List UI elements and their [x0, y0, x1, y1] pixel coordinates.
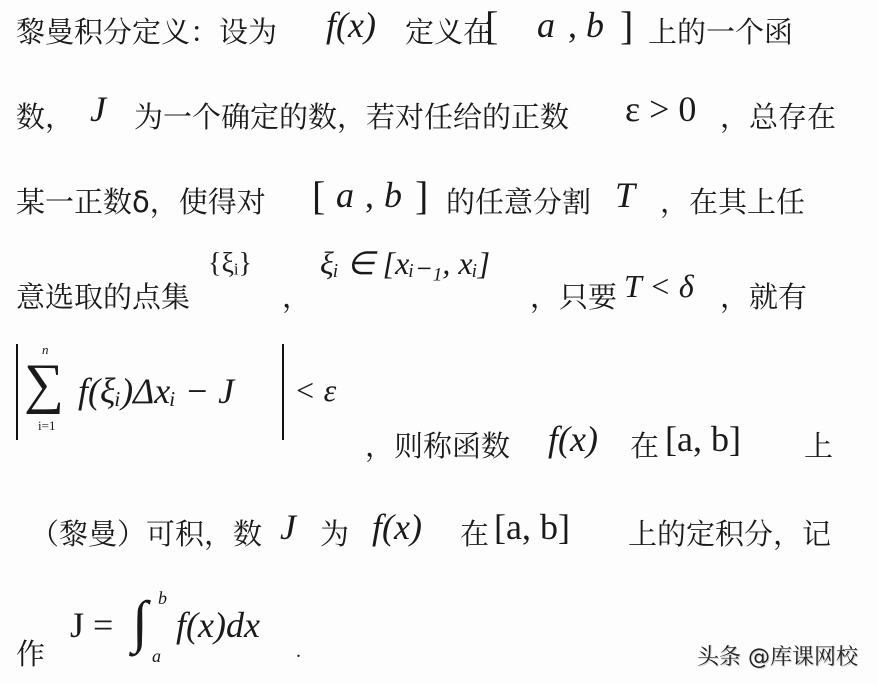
- comma: ,: [365, 174, 374, 216]
- text: 为一个确定的数，若对任给的正数: [134, 95, 569, 136]
- text: 上: [804, 424, 833, 465]
- bracket: ]: [620, 2, 633, 49]
- text: 在: [630, 424, 659, 465]
- text: 为: [320, 512, 349, 553]
- math-b: b: [384, 174, 402, 216]
- math-cond: T < δ: [624, 268, 694, 305]
- text: 的任意分割: [446, 180, 591, 221]
- bracket: [: [485, 2, 498, 49]
- text: ，则称函数: [365, 424, 510, 465]
- text: ，在其上任: [660, 180, 805, 221]
- math-interval: [a, b]: [494, 506, 570, 548]
- math-T: T: [615, 174, 635, 216]
- math-eps: ε > 0: [625, 88, 696, 130]
- math-fx: f(x): [548, 418, 598, 460]
- period: .: [296, 640, 301, 663]
- text: 某一正数δ，使得对: [16, 180, 266, 221]
- comma: ,: [568, 4, 577, 46]
- math-a: a: [537, 4, 555, 46]
- sum-body: f(ξᵢ)Δxᵢ − J: [78, 370, 234, 412]
- math-set: {ξᵢ}: [208, 248, 252, 280]
- sum-lower: i=1: [38, 418, 55, 434]
- math-b: b: [586, 4, 604, 46]
- abs-bar-right: [282, 344, 284, 440]
- watermark: 头条 @库课网校: [697, 640, 858, 671]
- math-a: a: [336, 174, 354, 216]
- integrand: f(x)dx: [176, 604, 260, 646]
- text: 定义在: [405, 10, 492, 51]
- formula-lhs: J =: [70, 604, 113, 646]
- math-fx: f(x): [372, 506, 422, 548]
- text: 意选取的点集: [16, 275, 190, 316]
- text: ，只要: [530, 275, 617, 316]
- text: 数，: [16, 95, 74, 136]
- text: 上的定积分，记: [628, 512, 831, 553]
- integral-symbol: ∫: [132, 588, 148, 655]
- lt-eps: < ε: [294, 372, 336, 409]
- text: 作: [16, 632, 45, 673]
- text: 黎曼积分定义：设为: [16, 10, 277, 51]
- math-J: J: [280, 506, 296, 548]
- abs-bar-left: [16, 344, 18, 440]
- math-fx: f(x): [326, 4, 376, 46]
- integral-upper: b: [158, 588, 167, 609]
- text: 在: [460, 512, 489, 553]
- integral-lower: a: [152, 646, 161, 667]
- text: （黎曼）可积，数: [30, 512, 262, 553]
- text: ，就有: [720, 275, 807, 316]
- bracket: [: [312, 172, 325, 219]
- math-interval: [a, b]: [665, 418, 741, 460]
- math-J: J: [90, 88, 106, 130]
- sum-symbol: ∑: [24, 352, 64, 416]
- text: 上的一个函: [648, 10, 793, 51]
- math-membership: ξᵢ ∈ [xᵢ₋₁, xᵢ]: [320, 244, 490, 282]
- bracket: ]: [415, 172, 428, 219]
- text: ，总存在: [720, 95, 836, 136]
- text: ，: [282, 275, 311, 316]
